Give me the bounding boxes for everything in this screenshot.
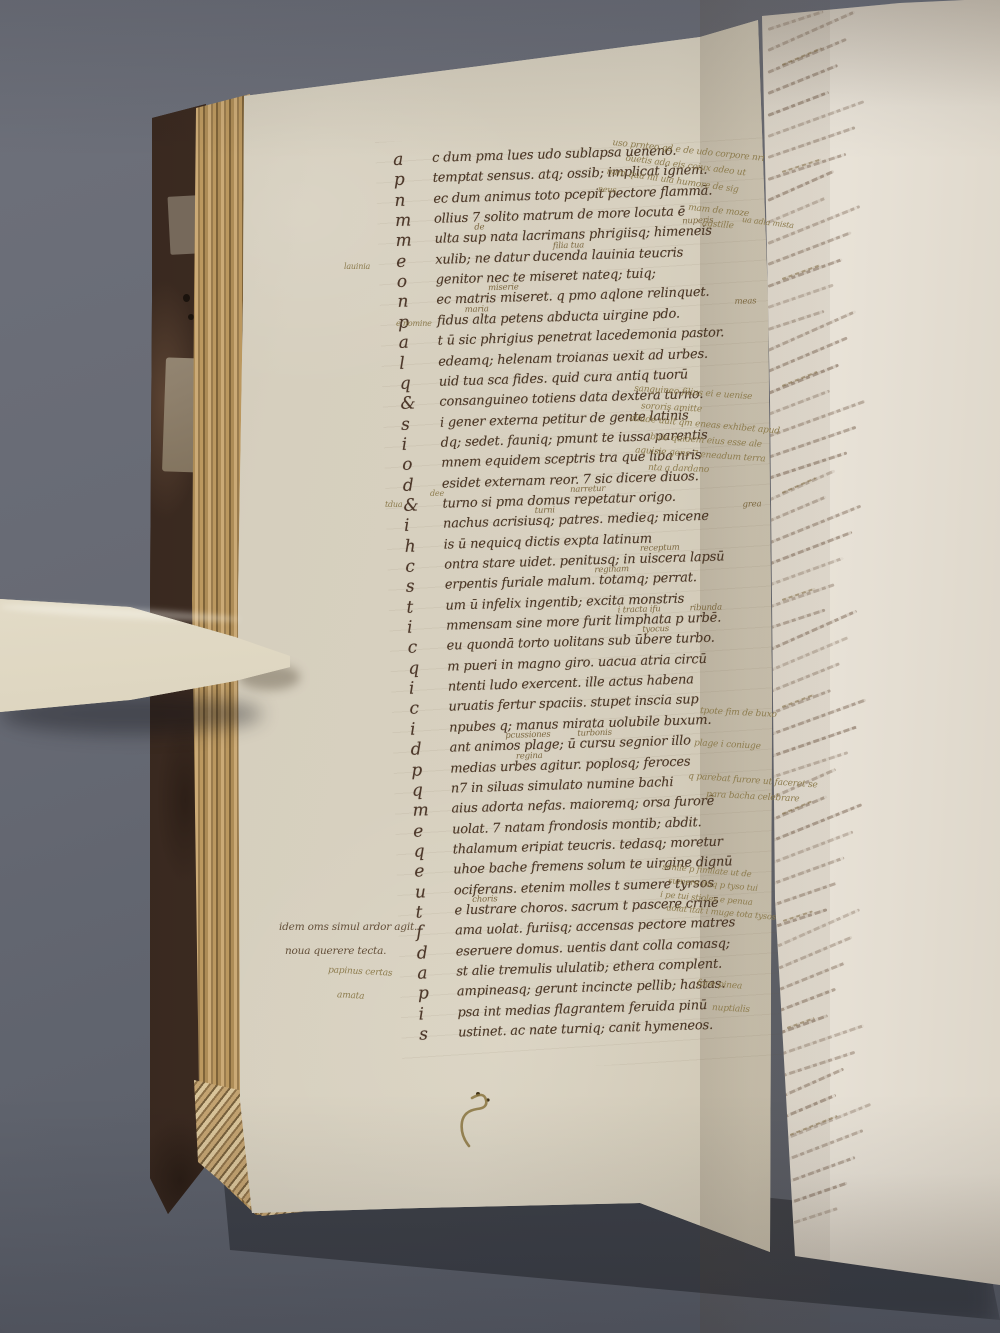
margin-gloss: papinus certas (328, 965, 393, 978)
margin-gloss: plage i coniuge (694, 738, 761, 751)
margin-gloss: dee (430, 489, 444, 498)
margin-gloss: ua adia mista (742, 215, 795, 230)
margin-gloss: tdua (385, 500, 402, 509)
manuscript-photo: ac dum pma lues udo sublapsa ueneno.ptem… (0, 0, 1000, 1333)
ink-stain (448, 1088, 498, 1160)
margin-gloss: nuptialis (712, 1003, 750, 1015)
margin-gloss: e nomine (396, 319, 432, 328)
margin-gloss: amata (337, 990, 365, 1001)
margin-gloss: agstille (702, 219, 734, 232)
margin-gloss: nta a dardano (648, 463, 709, 475)
margin-gloss: lauinia (344, 262, 370, 271)
margin-gloss: face pinea (697, 978, 743, 991)
margin-gloss: mam de moze (688, 203, 750, 219)
margin-gloss: para bacha celebrare (706, 790, 800, 805)
margin-gloss: neus (598, 184, 617, 194)
margin-gloss: uolat itat i muge tota tysos (666, 903, 777, 923)
margin-gloss: noua querere tecta. (285, 945, 386, 957)
margin-gloss: sanguineo filius ei e uenise (634, 384, 753, 402)
margin-gloss: q parebat furore ut faceret se (688, 771, 818, 790)
margin-gloss: tpote fim de buxo (700, 706, 777, 720)
margin-gloss: idem oms simul ardor agit. (279, 921, 417, 933)
margin-gloss: sororis amitte (641, 401, 702, 414)
